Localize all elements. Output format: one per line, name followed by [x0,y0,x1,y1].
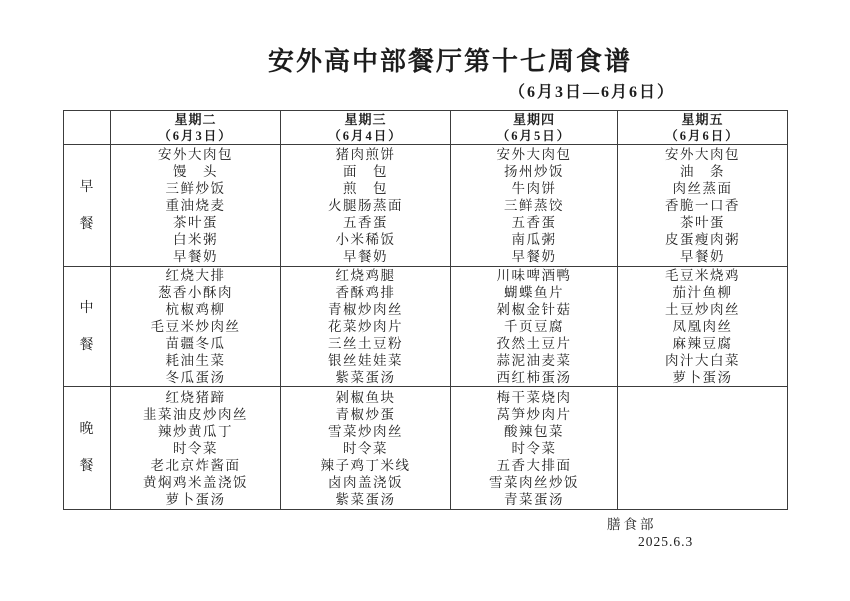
dish-item: 紫菜蛋汤 [281,369,450,386]
dinner-wednesday-cell: 剁椒鱼块青椒炒蛋雪菜炒肉丝时令菜辣子鸡丁米线卤肉盖浇饭紫菜蛋汤 [281,387,451,510]
dish-item: 红烧大排 [111,267,280,284]
dish-item: 黄焖鸡米盖浇饭 [111,474,280,491]
dish-item: 辣炒黄瓜丁 [111,423,280,440]
dish-item: 香脆一口香 [618,197,787,214]
dish-item: 萝卜蛋汤 [111,491,280,508]
dish-item: 火腿肠蒸面 [281,197,450,214]
dinner-thursday-cell: 梅干菜烧肉莴笋炒肉片酸辣包菜时令菜五香大排面雪菜肉丝炒饭青菜蛋汤 [451,387,618,510]
dish-item: 时令菜 [451,440,617,457]
date-label-wednesday: （6月4日） [281,128,450,144]
dish-item: 麻辣豆腐 [618,335,787,352]
day-label-friday: 星期五 [618,112,787,128]
dish-item: 川味啤酒鸭 [451,267,617,284]
dish-item: 三鲜炒饭 [111,180,280,197]
dish-item: 葱香小酥肉 [111,284,280,301]
dish-item: 辣子鸡丁米线 [281,457,450,474]
dish-item: 雪菜肉丝炒饭 [451,474,617,491]
dish-item: 肉丝蒸面 [618,180,787,197]
signature-block: 膳食部 2025.6.3 [607,516,693,550]
dinner-friday-cell [618,387,788,510]
header-wednesday: 星期三 （6月4日） [281,111,451,145]
date-label-friday: （6月6日） [618,128,787,144]
page-subtitle: （6月3日—6月6日） [0,79,675,102]
dish-item: 毛豆米烧鸡 [618,267,787,284]
lunch-wednesday-cell: 红烧鸡腿香酥鸡排青椒炒肉丝花菜炒肉片三丝土豆粉银丝娃娃菜紫菜蛋汤 [281,267,451,387]
dish-item: 梅干菜烧肉 [451,389,617,406]
dish-item: 红烧猪蹄 [111,389,280,406]
lunch-friday-cell: 毛豆米烧鸡茄汁鱼柳土豆炒肉丝凤凰肉丝麻辣豆腐肉汁大白菜萝卜蛋汤 [618,267,788,387]
dish-item: 银丝娃娃菜 [281,352,450,369]
dish-item: 牛肉饼 [451,180,617,197]
dish-item: 青菜蛋汤 [451,491,617,508]
dish-item: 扬州炒饭 [451,163,617,180]
dish-item: 小米稀饭 [281,231,450,248]
dish-item: 萝卜蛋汤 [618,369,787,386]
page-title: 安外高中部餐厅第十七周食谱 [50,41,850,78]
dish-item: 三鲜蒸饺 [451,197,617,214]
dish-item: 凤凰肉丝 [618,318,787,335]
dish-item: 剁椒鱼块 [281,389,450,406]
dish-item: 韭菜油皮炒肉丝 [111,406,280,423]
dish-item: 早餐奶 [111,248,280,265]
dish-item: 安外大肉包 [618,146,787,163]
lunch-tuesday-cell: 红烧大排葱香小酥肉杭椒鸡柳毛豆米炒肉丝苗疆冬瓜耗油生菜冬瓜蛋汤 [111,267,281,387]
dish-item: 花菜炒肉片 [281,318,450,335]
dish-item: 安外大肉包 [451,146,617,163]
dish-item: 酸辣包菜 [451,423,617,440]
breakfast-row-label: 早 餐 [64,145,111,267]
dish-item: 莴笋炒肉片 [451,406,617,423]
dish-item: 老北京炸酱面 [111,457,280,474]
dinner-tuesday-cell: 红烧猪蹄韭菜油皮炒肉丝辣炒黄瓜丁时令菜老北京炸酱面黄焖鸡米盖浇饭萝卜蛋汤 [111,387,281,510]
dish-item: 猪肉煎饼 [281,146,450,163]
dish-item: 青椒炒蛋 [281,406,450,423]
dish-item: 红烧鸡腿 [281,267,450,284]
dish-item: 时令菜 [281,440,450,457]
dish-item: 早餐奶 [281,248,450,265]
dish-item: 蒜泥油麦菜 [451,352,617,369]
dish-item: 五香蛋 [451,214,617,231]
lunch-thursday-cell: 川味啤酒鸭蝴蝶鱼片剁椒金针菇千页豆腐孜然土豆片蒜泥油麦菜西红柿蛋汤 [451,267,618,387]
dinner-row-label: 晚 餐 [64,387,111,510]
dish-item: 冬瓜蛋汤 [111,369,280,386]
dish-item: 蝴蝶鱼片 [451,284,617,301]
breakfast-thursday-cell: 安外大肉包扬州炒饭牛肉饼三鲜蒸饺五香蛋南瓜粥早餐奶 [451,145,618,267]
dish-item: 土豆炒肉丝 [618,301,787,318]
menu-table: 星期二 （6月3日） 星期三 （6月4日） 星期四 （6月5日） 星期五 （6月… [63,110,788,510]
date-label-thursday: （6月5日） [451,128,617,144]
menu-document-page: 安外高中部餐厅第十七周食谱 （6月3日—6月6日） 星期二 （6月3日） 星期三… [0,0,850,601]
date-label-tuesday: （6月3日） [111,128,280,144]
header-tuesday: 星期二 （6月3日） [111,111,281,145]
header-thursday: 星期四 （6月5日） [451,111,618,145]
dish-item: 西红柿蛋汤 [451,369,617,386]
dish-item: 香酥鸡排 [281,284,450,301]
dish-item: 时令菜 [111,440,280,457]
dish-item: 青椒炒肉丝 [281,301,450,318]
dish-item: 南瓜粥 [451,231,617,248]
dish-item: 五香大排面 [451,457,617,474]
dish-item: 茄汁鱼柳 [618,284,787,301]
dish-item: 杭椒鸡柳 [111,301,280,318]
day-label-thursday: 星期四 [451,112,617,128]
breakfast-wednesday-cell: 猪肉煎饼面 包煎 包火腿肠蒸面五香蛋小米稀饭早餐奶 [281,145,451,267]
dish-item: 皮蛋瘦肉粥 [618,231,787,248]
breakfast-row: 早 餐 安外大肉包馒 头三鲜炒饭重油烧麦茶叶蛋白米粥早餐奶 猪肉煎饼面 包煎 包… [64,145,788,267]
dish-item: 耗油生菜 [111,352,280,369]
dish-item: 三丝土豆粉 [281,335,450,352]
dish-item: 紫菜蛋汤 [281,491,450,508]
dish-item: 早餐奶 [451,248,617,265]
department-name: 膳食部 [607,516,693,533]
dish-item: 油 条 [618,163,787,180]
dish-item: 馒 头 [111,163,280,180]
lunch-row-label: 中 餐 [64,267,111,387]
dish-item: 孜然土豆片 [451,335,617,352]
breakfast-tuesday-cell: 安外大肉包馒 头三鲜炒饭重油烧麦茶叶蛋白米粥早餐奶 [111,145,281,267]
dish-item: 毛豆米炒肉丝 [111,318,280,335]
dish-item: 重油烧麦 [111,197,280,214]
dish-item: 茶叶蛋 [111,214,280,231]
dinner-row: 晚 餐 红烧猪蹄韭菜油皮炒肉丝辣炒黄瓜丁时令菜老北京炸酱面黄焖鸡米盖浇饭萝卜蛋汤… [64,387,788,510]
dish-item: 安外大肉包 [111,146,280,163]
corner-cell [64,111,111,145]
signature-date: 2025.6.3 [638,533,693,550]
dish-item: 苗疆冬瓜 [111,335,280,352]
dish-item: 茶叶蛋 [618,214,787,231]
dish-item: 卤肉盖浇饭 [281,474,450,491]
dish-item: 白米粥 [111,231,280,248]
breakfast-friday-cell: 安外大肉包油 条肉丝蒸面香脆一口香茶叶蛋皮蛋瘦肉粥早餐奶 [618,145,788,267]
dish-item: 早餐奶 [618,248,787,265]
dish-item: 肉汁大白菜 [618,352,787,369]
dish-item: 煎 包 [281,180,450,197]
lunch-row: 中 餐 红烧大排葱香小酥肉杭椒鸡柳毛豆米炒肉丝苗疆冬瓜耗油生菜冬瓜蛋汤 红烧鸡腿… [64,267,788,387]
dish-item: 千页豆腐 [451,318,617,335]
dish-item: 剁椒金针菇 [451,301,617,318]
day-label-tuesday: 星期二 [111,112,280,128]
header-row: 星期二 （6月3日） 星期三 （6月4日） 星期四 （6月5日） 星期五 （6月… [64,111,788,145]
day-label-wednesday: 星期三 [281,112,450,128]
dish-item: 雪菜炒肉丝 [281,423,450,440]
header-friday: 星期五 （6月6日） [618,111,788,145]
dish-item: 五香蛋 [281,214,450,231]
dish-item: 面 包 [281,163,450,180]
